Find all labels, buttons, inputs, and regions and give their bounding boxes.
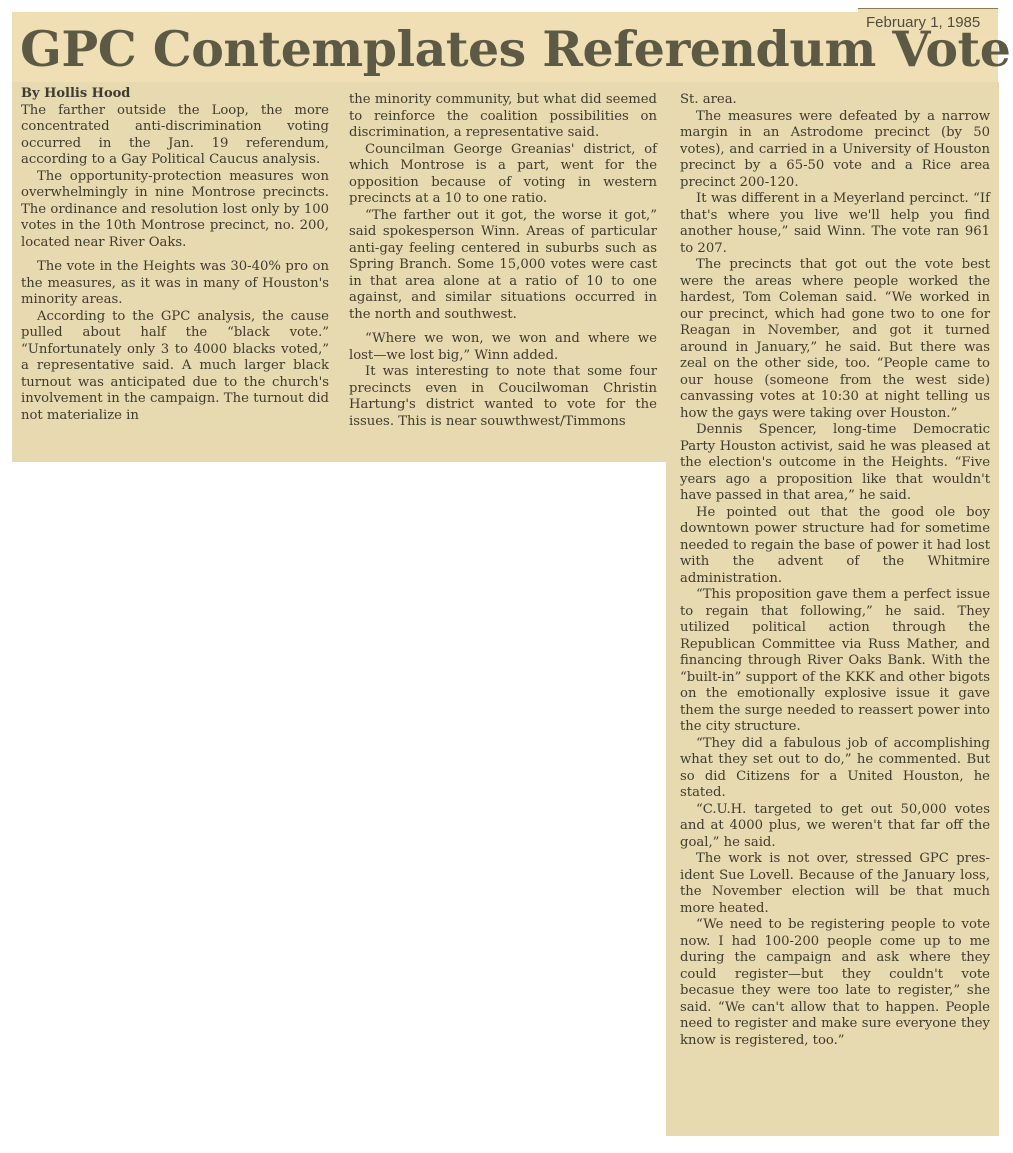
- paragraph: The precincts that got out the vote best…: [680, 257, 990, 422]
- paragraph: “This proposition gave them a perfect is…: [680, 587, 990, 736]
- paragraph: “They did a fabulous job of accomplish­i…: [680, 736, 990, 802]
- paragraph: Dennis Spencer, long-time Democratic Par…: [680, 422, 990, 505]
- paragraph: St. area.: [680, 92, 990, 109]
- paragraph: The vote in the Heights was 30-40% pro o…: [21, 259, 329, 309]
- paragraph: The work is not over, stressed GPC pres­…: [680, 851, 990, 917]
- paragraph: He pointed out that the good ole boy dow…: [680, 505, 990, 588]
- article-headline: GPC Contemplates Referendum Vote: [20, 20, 1010, 78]
- paragraph: Councilman George Greanias' district, of…: [349, 142, 657, 208]
- article-column-1: By Hollis Hood The farther outside the L…: [21, 86, 329, 424]
- paragraph: The opportunity-protection measures won …: [21, 169, 329, 252]
- paragraph: “We need to be registering people to vot…: [680, 917, 990, 1049]
- paragraph: It was interesting to note that some fou…: [349, 364, 657, 430]
- paragraph: “The farther out it got, the worse it go…: [349, 208, 657, 324]
- paragraph: the minority community, but what did see…: [349, 92, 657, 142]
- paragraph: The farther outside the Loop, the more c…: [21, 103, 329, 169]
- paragraph: It was different in a Meyerland percinct…: [680, 191, 990, 257]
- paragraph: The measures were defeated by a nar­row …: [680, 109, 990, 192]
- article-column-2: the minority community, but what did see…: [349, 92, 657, 430]
- paragraph: “C.U.H. targeted to get out 50,000 votes…: [680, 802, 990, 852]
- byline: By Hollis Hood: [21, 86, 329, 103]
- paragraph: “Where we won, we won and where we lost—…: [349, 331, 657, 364]
- article-column-3: St. area. The measures were defeated by …: [680, 92, 990, 1049]
- paragraph: According to the GPC analysis, the cause…: [21, 309, 329, 425]
